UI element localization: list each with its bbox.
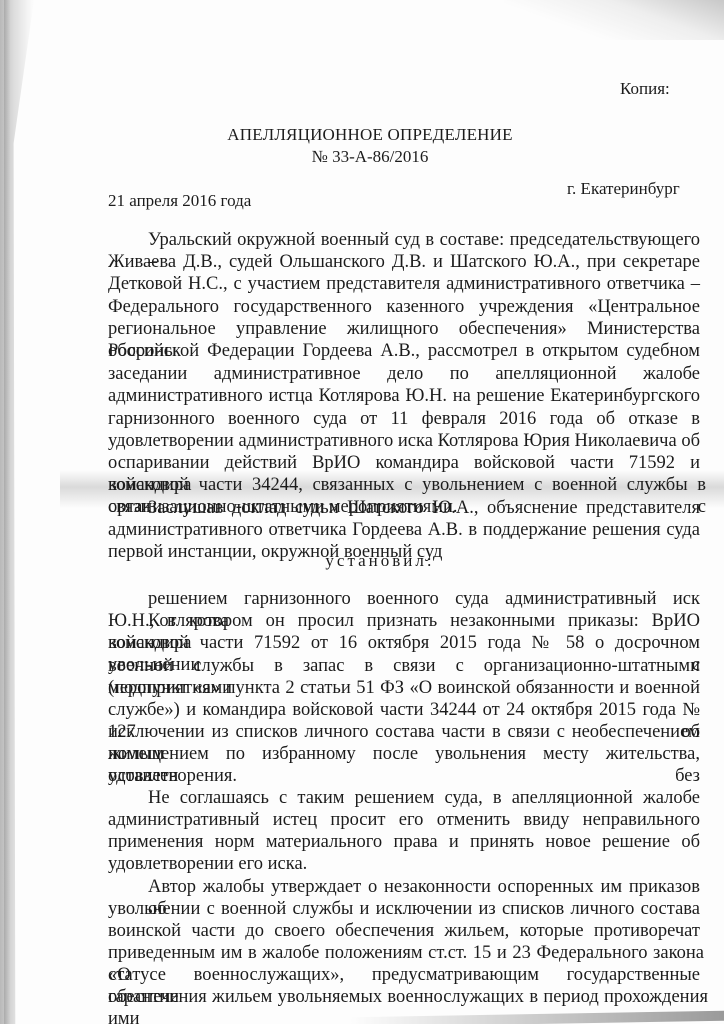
paragraph-1-line: Российской Федерации Гордеева А.В., расс… xyxy=(108,340,700,362)
paragraph-1-line: заседании административное дело по апелл… xyxy=(108,363,700,385)
paragraph-1-line: гарнизонного военного суда от 11 февраля… xyxy=(108,408,700,430)
document-number: № 33-А-86/2016 xyxy=(180,146,560,168)
document-city: г. Екатеринбург xyxy=(567,178,680,200)
copy-label: Копия: xyxy=(620,78,670,100)
scan-edge-line xyxy=(4,0,10,1024)
paragraph-1-line: Живаева Д.В., судей Ольшанского Д.В. и Ш… xyxy=(108,251,700,273)
paragraph-1-line: удовлетворении административного иска Ко… xyxy=(108,430,700,452)
paragraph-3-line: (подпункт «а» пункта 2 статьи 51 ФЗ «О в… xyxy=(108,677,700,699)
paragraph-5-line: воинской части до своего обеспечения жил… xyxy=(108,920,700,942)
paragraph-1-line: Детковой Н.С., с участием представителя … xyxy=(108,273,700,295)
document-page: Копия: АПЕЛЛЯЦИОННОЕ ОПРЕДЕЛЕНИЕ № 33-А-… xyxy=(0,0,724,1024)
document-date: 21 апреля 2016 года xyxy=(108,190,251,212)
ustanovil-heading: установил: xyxy=(200,550,560,572)
paragraph-4-line: Не соглашаясь с таким решением суда, в а… xyxy=(148,787,700,809)
paragraph-4-line: применения норм материального права и пр… xyxy=(108,831,700,853)
paragraph-3-line: удовлетворения. xyxy=(108,765,237,787)
paragraph-5-line: увольнении с военной службы и исключении… xyxy=(108,898,700,920)
paragraph-1-line: Федерального государственного казенного … xyxy=(108,296,700,318)
document-title: АПЕЛЛЯЦИОННОЕ ОПРЕДЕЛЕНИЕ xyxy=(180,124,560,146)
paragraph-5-line: обеспечения жильем увольняемых военнослу… xyxy=(108,986,708,1024)
scan-corner-shadow xyxy=(504,0,724,40)
paragraph-4-line: административный истец просит его отмени… xyxy=(108,809,700,831)
paragraph-4-line: удовлетворении его иска. xyxy=(108,853,307,875)
paragraph-1-line: административного истца Котлярова Ю.Н. н… xyxy=(108,385,700,407)
paragraph-2-line: Заслушав доклад судьи Шатского Ю.А., объ… xyxy=(148,497,700,519)
paragraph-2-line: административного ответчика Гордеева А.В… xyxy=(108,519,700,541)
